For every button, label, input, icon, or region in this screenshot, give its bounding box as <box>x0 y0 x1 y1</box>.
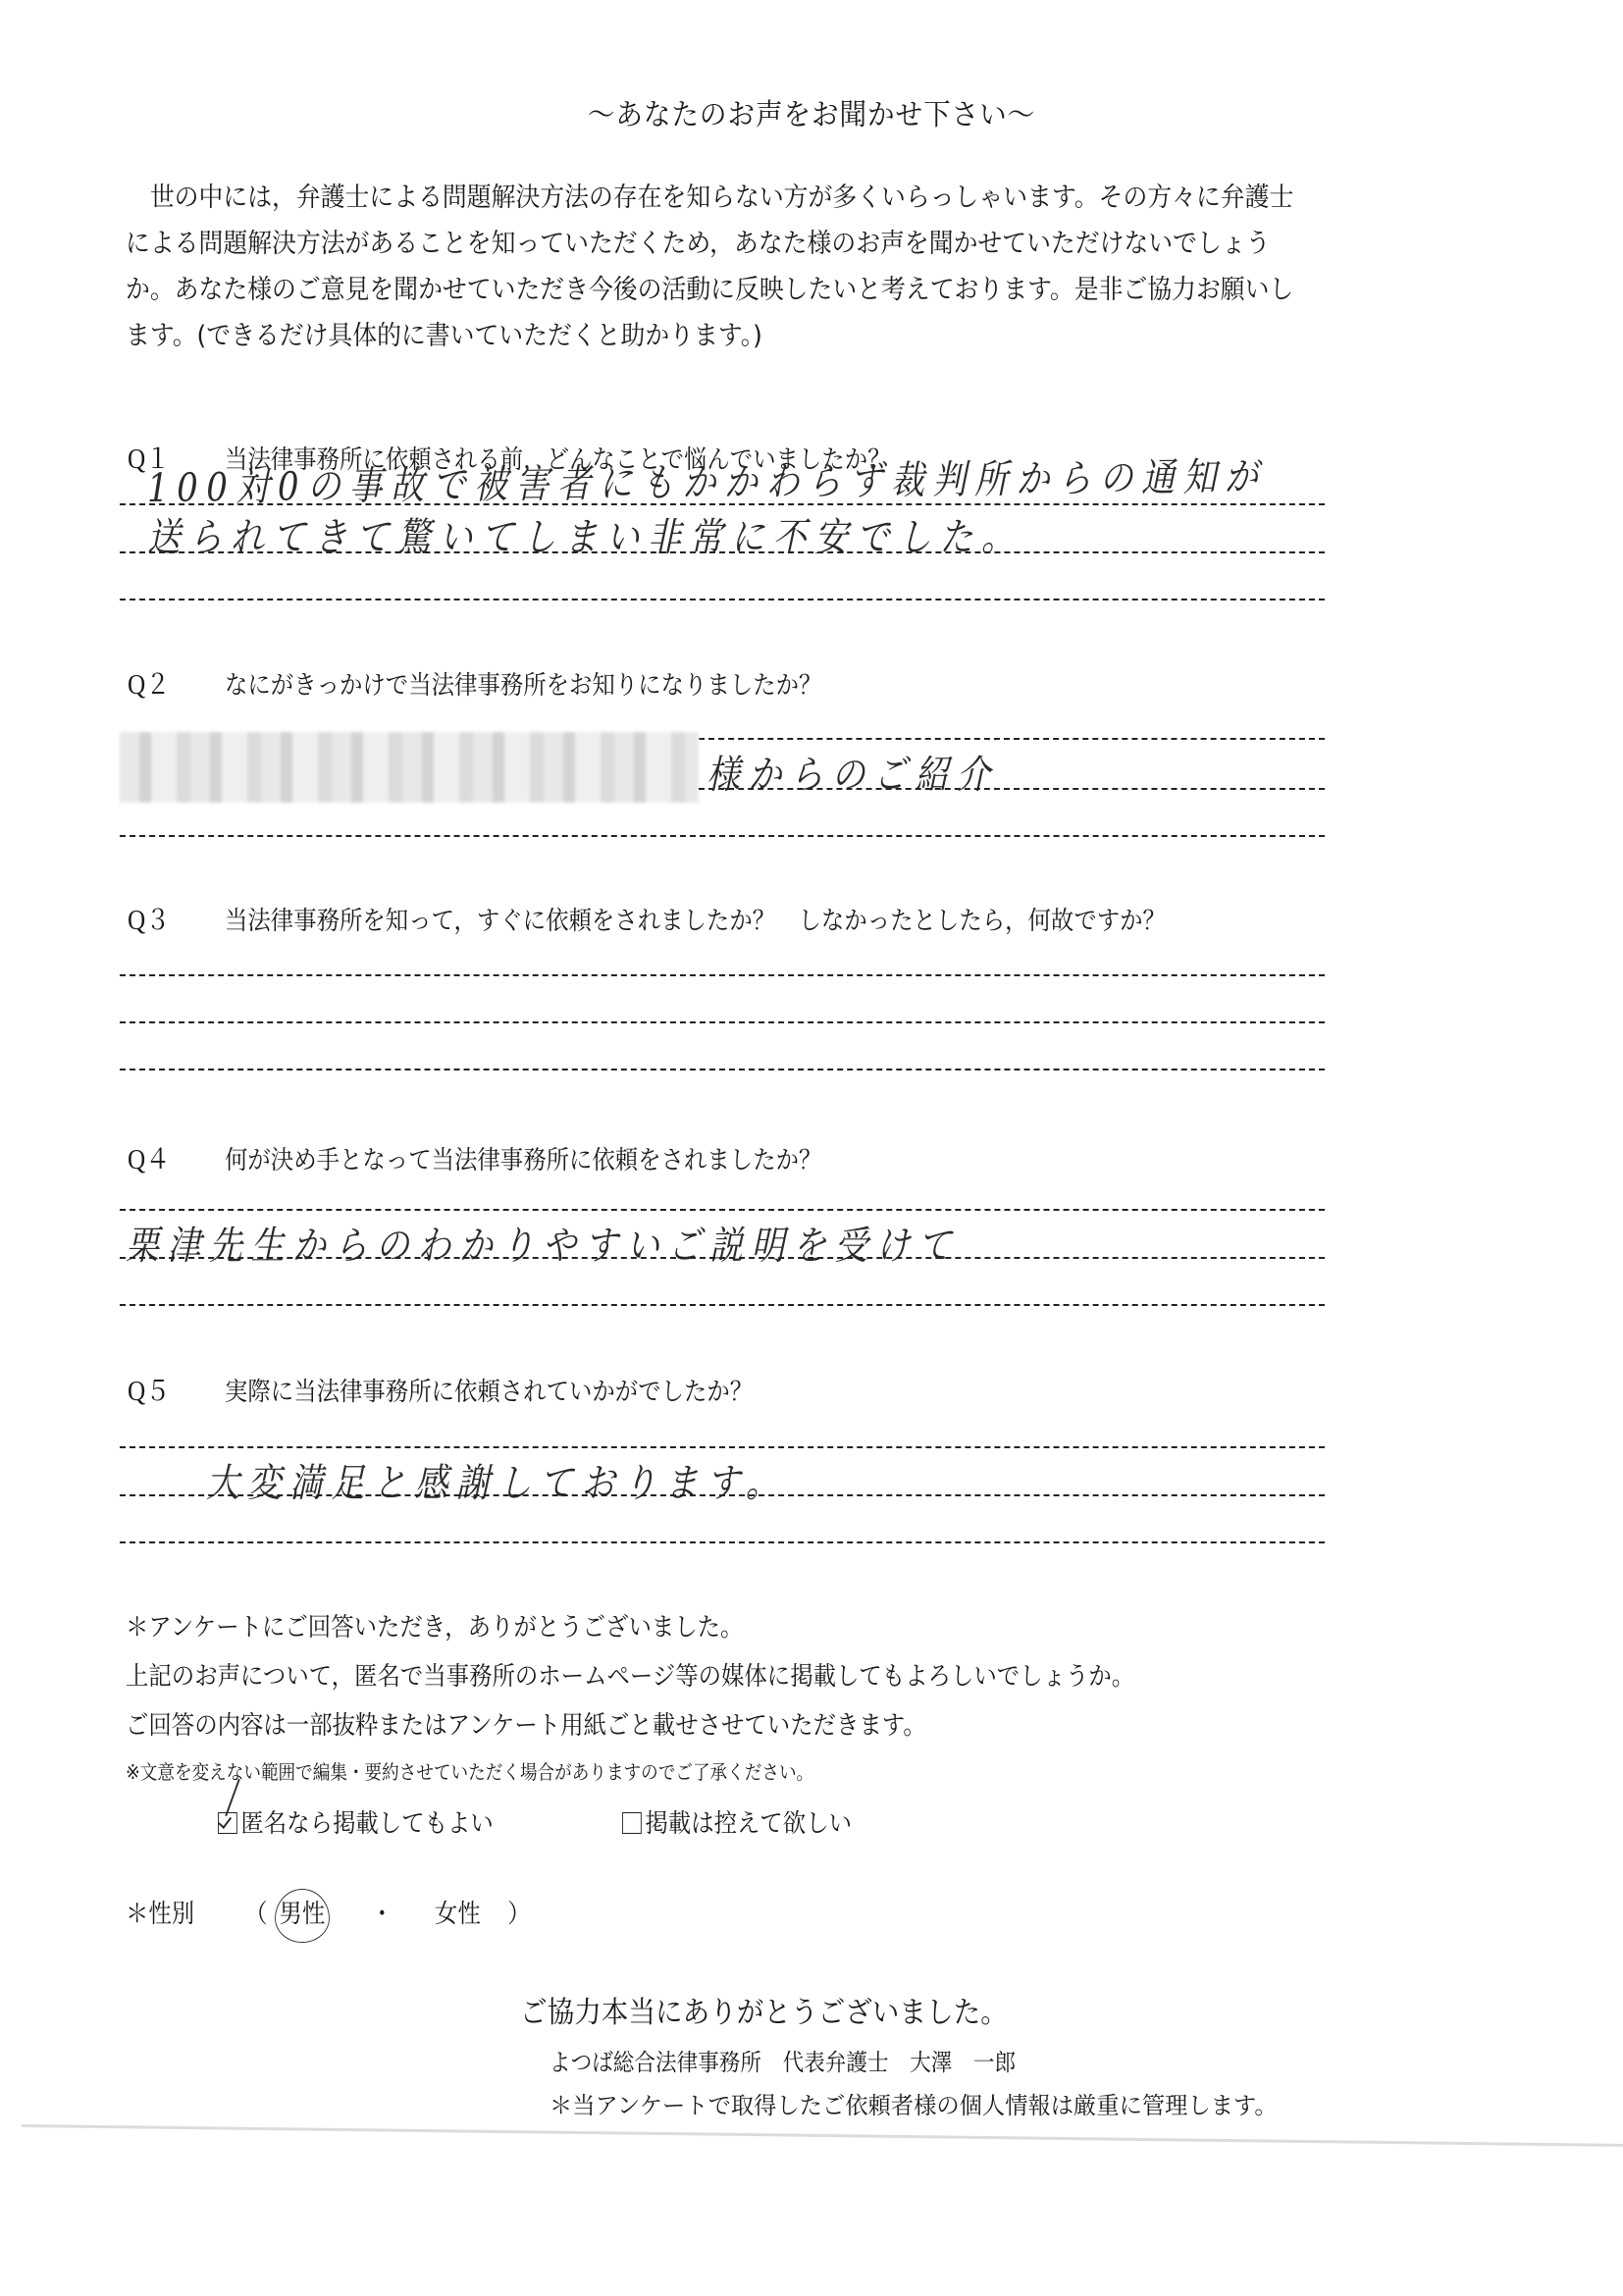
answer-rule <box>120 551 1325 553</box>
answer-rule <box>120 599 1325 600</box>
question-number: Q４ <box>128 1138 225 1177</box>
gender-label: ＊性別 <box>126 1900 194 1929</box>
checkbox-checked-icon[interactable] <box>218 1812 237 1834</box>
intro-line: か。あなた様のご意見を聞かせていただき今後の活動に反映したいと考えております。是… <box>126 267 1530 313</box>
option-label: 匿名なら掲載してもよい <box>240 1809 493 1839</box>
question-2: Q２なにがきっかけで当法律事務所をお知りになりましたか？ <box>128 663 821 703</box>
answer-rule <box>120 1209 1325 1211</box>
question-4: Q４何が決め手となって当法律事務所に依頼をされましたか？ <box>128 1138 821 1177</box>
answer-rule <box>120 1257 1325 1259</box>
answer-line-4-1[interactable]: 栗津先生からのわかりやすいご説明を受けて <box>126 1215 960 1271</box>
open-paren: （ <box>244 1900 267 1929</box>
closing-thanks: ご協力本当にありがとうございました。 <box>520 1988 1008 2031</box>
question-3: Q３当法律事務所を知って，すぐに依頼をされましたか？ しなかったとしたら，何故で… <box>128 899 1166 938</box>
answer-rule <box>120 1494 1325 1496</box>
answer-rule <box>120 1446 1325 1448</box>
question-text: 何が決め手となって当法律事務所に依頼をされましたか？ <box>225 1146 821 1175</box>
edit-note: ※文意を変えない範囲で編集・要約させていただく場合がありますのでご了承ください。 <box>126 1756 813 1785</box>
question-text: 当法律事務所を知って，すぐに依頼をされましたか？ しなかったとしたら，何故ですか… <box>225 907 1166 936</box>
answer-rule <box>120 1304 1325 1306</box>
answer-rule <box>120 835 1325 837</box>
scan-edge-line <box>22 2124 1623 2147</box>
gender-option-female[interactable]: 女性 <box>435 1900 481 1929</box>
question-text: なにがきっかけで当法律事務所をお知りになりましたか？ <box>225 671 821 701</box>
consent-option-anonymous[interactable]: 匿名なら掲載してもよい <box>218 1803 494 1840</box>
answer-rule <box>120 1021 1325 1023</box>
intro-line: による問題解決方法があることを知っていただくため，あなた様のお声を聞かせていただ… <box>126 221 1530 267</box>
answer-rule <box>699 738 1325 740</box>
intro-paragraph: 世の中には，弁護士による問題解決方法の存在を知らない方が多くいらっしゃいます。そ… <box>126 175 1530 359</box>
question-number: Q３ <box>128 899 225 938</box>
redacted-referrer-name <box>120 732 699 803</box>
option-label: 掲載は控えて欲しい <box>645 1809 852 1839</box>
close-paren: ） <box>507 1900 530 1929</box>
content-line: ご回答の内容は一部抜粋またはアンケート用紙ごと載せさせていただきます。 <box>126 1705 926 1742</box>
answer-line-2-1[interactable]: 様からのご紹介 <box>707 744 999 800</box>
answer-rule <box>699 788 1325 790</box>
answer-rule <box>120 1069 1325 1070</box>
answer-line-5-1[interactable]: 大変満足と感謝しております。 <box>206 1452 787 1508</box>
answer-line-1-2[interactable]: 送られてきて驚いてしまい非常に不安でした。 <box>147 506 1023 562</box>
intro-line: ます。(できるだけ具体的に書いていただくと助かります。) <box>126 313 1530 359</box>
answer-rule <box>120 974 1325 976</box>
intro-line: 世の中には，弁護士による問題解決方法の存在を知らない方が多くいらっしゃいます。そ… <box>126 175 1530 221</box>
question-number: Q５ <box>128 1370 225 1409</box>
separator: ・ <box>371 1900 393 1929</box>
answer-rule <box>120 1541 1325 1543</box>
gender-field: ＊性別 （ 男性 ・ 女性 ） <box>126 1894 531 1930</box>
question-5: Q５実際に当法律事務所に依頼されていかがでしたか？ <box>128 1370 753 1409</box>
thanks-line: ＊アンケートにご回答いただき，ありがとうございました。 <box>126 1607 743 1644</box>
privacy-note: ＊当アンケートで取得したご依頼者様の個人情報は厳重に管理します。 <box>550 2086 1278 2120</box>
answer-rule <box>120 503 1325 505</box>
question-text: 実際に当法律事務所に依頼されていかがでしたか？ <box>225 1378 753 1407</box>
permission-line: 上記のお声について，匿名で当事務所のホームページ等の媒体に掲載してもよろしいでし… <box>126 1656 1134 1693</box>
gender-option-male[interactable]: 男性 <box>275 1889 330 1943</box>
page-title: ～あなたのお声をお聞かせ下さい～ <box>65 90 1558 133</box>
consent-option-decline[interactable]: 掲載は控えて欲しい <box>622 1803 852 1840</box>
firm-signature: よつば総合法律事務所 代表弁護士 大澤 一郎 <box>550 2043 1016 2077</box>
question-number: Q２ <box>128 663 225 703</box>
survey-page: ～あなたのお声をお聞かせ下さい～ 世の中には，弁護士による問題解決方法の存在を知… <box>0 0 1623 2296</box>
checkbox-empty-icon[interactable] <box>622 1812 642 1834</box>
